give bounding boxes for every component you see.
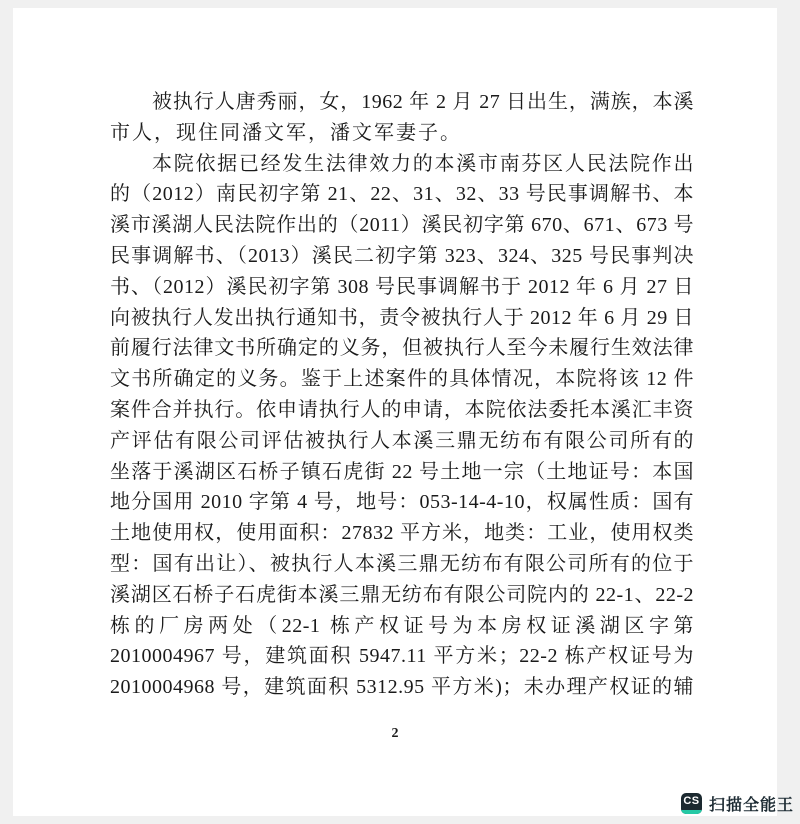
text-line: 土地使用权，使用面积：27832 平方米，地类：工业，使用权类 bbox=[110, 518, 694, 549]
text-line: 型：国有出让）、被执行人本溪三鼎无纺布有限公司所有的位于 bbox=[110, 549, 694, 580]
cs-icon-letters: CS bbox=[683, 793, 699, 810]
text-line: 被执行人唐秀丽，女，1962 年 2 月 27 日出生，满族，本溪 bbox=[110, 87, 694, 118]
text-line: 坐落于溪湖区石桥子镇石虎街 22 号土地一宗（土地证号：本国 bbox=[110, 457, 694, 488]
page-number: 2 bbox=[13, 726, 777, 742]
camscanner-watermark: CS 扫描全能王 bbox=[681, 792, 794, 815]
camscanner-cs-icon: CS bbox=[681, 793, 702, 814]
text-line: 2010004967 号，建筑面积 5947.11 平方米；22-2 栋产权证号… bbox=[110, 641, 694, 672]
text-line: 本院依据已经发生法律效力的本溪市南芬区人民法院作出 bbox=[110, 149, 694, 180]
text-line: 向被执行人发出执行通知书，责令被执行人于 2012 年 6 月 29 日 bbox=[110, 303, 694, 334]
text-line: 书、（2012）溪民初字第 308 号民事调解书于 2012 年 6 月 27 … bbox=[110, 272, 694, 303]
scanned-page: 被执行人唐秀丽，女，1962 年 2 月 27 日出生，满族，本溪市人，现住同潘… bbox=[13, 8, 777, 816]
text-line: 前履行法律文书所确定的义务，但被执行人至今未履行生效法律 bbox=[110, 333, 694, 364]
text-line: 溪湖区石桥子石虎街本溪三鼎无纺布有限公司院内的 22-1、22-2 bbox=[110, 580, 694, 611]
text-line: 案件合并执行。依申请执行人的申请，本院依法委托本溪汇丰资 bbox=[110, 395, 694, 426]
text-line: 栋的厂房两处（22-1 栋产权证号为本房权证溪湖区字第 bbox=[110, 611, 694, 642]
text-line: 文书所确定的义务。鉴于上述案件的具体情况，本院将该 12 件 bbox=[110, 364, 694, 395]
cs-icon-accent-bar bbox=[681, 810, 702, 814]
text-line: 2010004968 号，建筑面积 5312.95 平方米)；未办理产权证的辅 bbox=[110, 672, 694, 703]
text-line: 溪市溪湖人民法院作出的（2011）溪民初字第 670、671、673 号 bbox=[110, 210, 694, 241]
scanned-document-viewport: { "document": { "page_number": "2", "lin… bbox=[0, 0, 800, 824]
text-line: 产评估有限公司评估被执行人本溪三鼎无纺布有限公司所有的 bbox=[110, 426, 694, 457]
document-lines: 被执行人唐秀丽，女，1962 年 2 月 27 日出生，满族，本溪市人，现住同潘… bbox=[110, 87, 694, 703]
text-line: 的（2012）南民初字第 21、22、31、32、33 号民事调解书、本 bbox=[110, 179, 694, 210]
text-line: 地分国用 2010 字第 4 号，地号：053-14-4-10，权属性质：国有 bbox=[110, 487, 694, 518]
text-line: 市人，现住同潘文军，潘文军妻子。 bbox=[110, 118, 694, 149]
text-line: 民事调解书、（2013）溪民二初字第 323、324、325 号民事判决 bbox=[110, 241, 694, 272]
camscanner-watermark-label: 扫描全能王 bbox=[709, 792, 794, 815]
